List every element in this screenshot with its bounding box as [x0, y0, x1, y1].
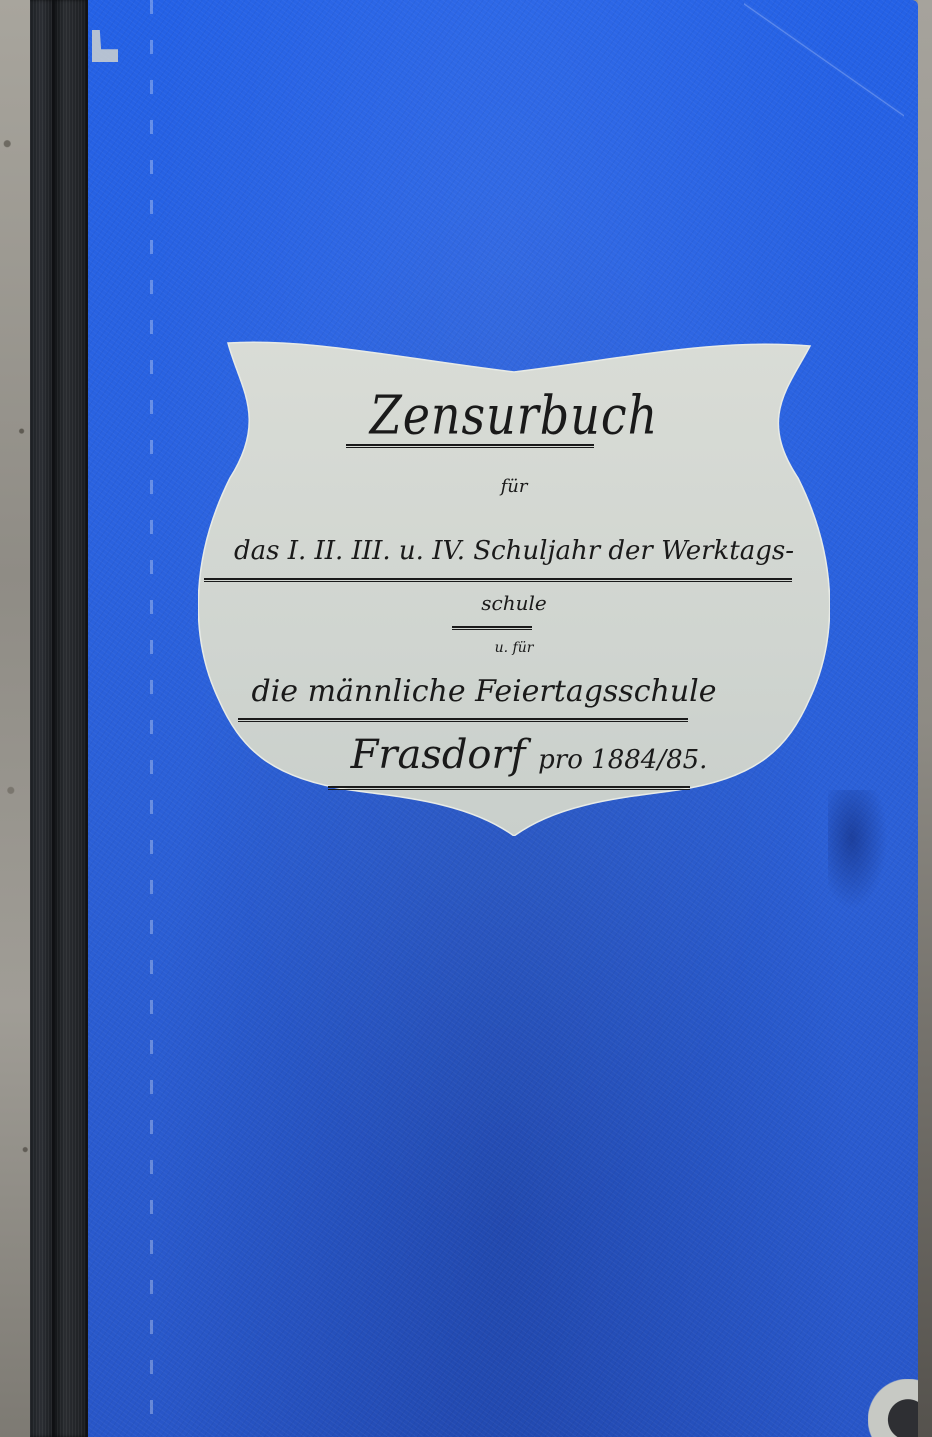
- corner-crease: [744, 0, 904, 120]
- schule-underline: [452, 626, 532, 630]
- label-feiertagsschule: die männliche Feiertagsschule: [138, 674, 830, 709]
- label-u-fuer: u. für: [198, 640, 830, 656]
- feiertagsschule-underline: [238, 718, 688, 722]
- label-schule: schule: [198, 591, 830, 615]
- stone-surface-right: [918, 0, 932, 1437]
- title-underline: [346, 444, 594, 448]
- book-spine: [30, 0, 88, 1437]
- place-underline: [328, 786, 690, 790]
- schuljahr-underline: [204, 578, 792, 582]
- label-year: pro 1884/85.: [538, 745, 707, 775]
- label-title: Zensurbuch: [198, 384, 830, 446]
- water-stain: [828, 790, 888, 910]
- shield-label: Zensurbuch für das I. II. III. u. IV. Sc…: [198, 338, 830, 836]
- board-edge-wear: [150, 0, 153, 1437]
- spine-crease: [52, 0, 55, 1437]
- label-schuljahr-line: das I. II. III. u. IV. Schuljahr der Wer…: [218, 536, 810, 566]
- label-fuer: für: [198, 476, 830, 497]
- label-place: Frasdorf: [351, 732, 526, 778]
- worn-corner-bottom: [868, 1379, 918, 1437]
- label-place-year: Frasdorf pro 1884/85.: [228, 732, 830, 778]
